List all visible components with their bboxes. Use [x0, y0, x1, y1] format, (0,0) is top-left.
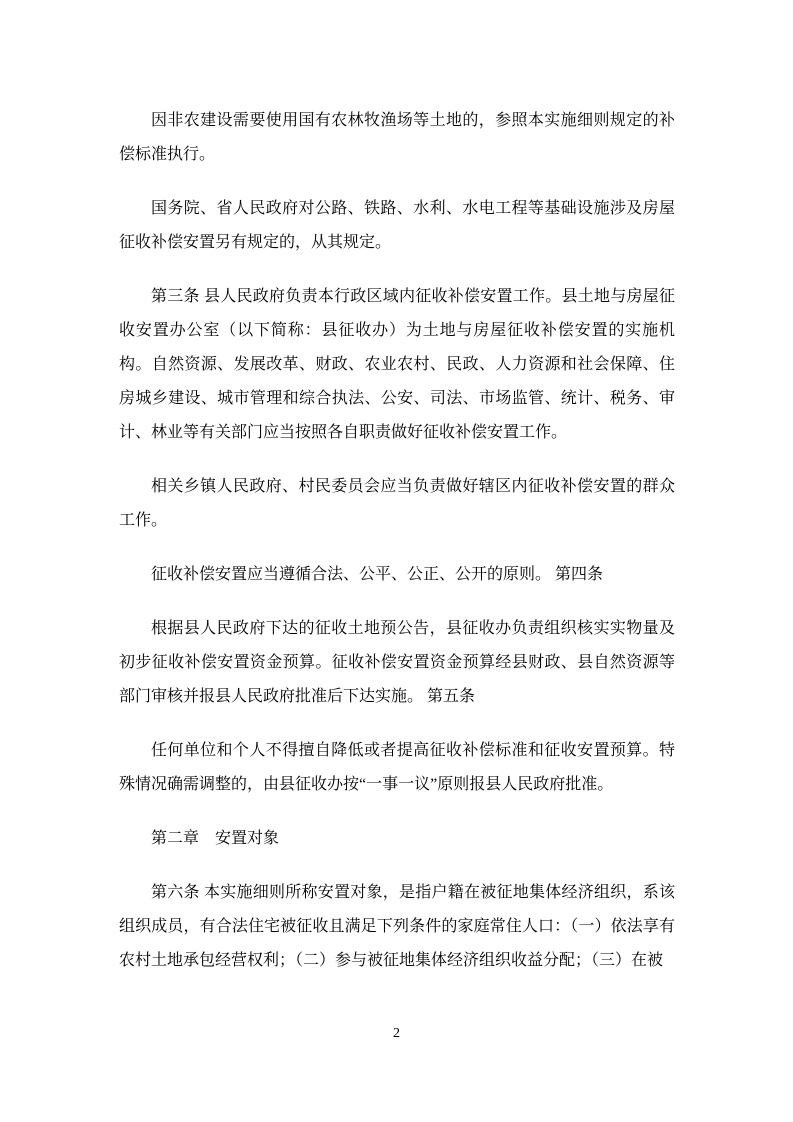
paragraph-township-governments: 相关乡镇人民政府、村民委员会应当负责做好辖区内征收补偿安置的群众工作。 — [119, 470, 675, 538]
chapter-heading: 第二章 安置对象 — [119, 822, 675, 856]
paragraph-article-3: 第三条 县人民政府负责本行政区域内征收补偿安置工作。县土地与房屋征收安置办公室（… — [119, 280, 675, 450]
paragraph-state-council-provisions: 国务院、省人民政府对公路、铁路、水利、水电工程等基础设施涉及房屋征收补偿安置另有… — [119, 192, 675, 260]
page-number: 2 — [0, 1024, 793, 1044]
document-page: 因非农建设需要使用国有农林牧渔场等土地的，参照本实施细则规定的补偿标准执行。 国… — [0, 0, 793, 1122]
paragraph-article-6: 第六条 本实施细则所称安置对象，是指户籍在被征地集体经济组织，系该组织成员，有合… — [119, 876, 675, 978]
paragraph-no-unauthorized-adjustment: 任何单位和个人不得擅自降低或者提高征收补偿标准和征收安置预算。特殊情况确需调整的… — [119, 734, 675, 802]
document-body: 因非农建设需要使用国有农林牧渔场等土地的，参照本实施细则规定的补偿标准执行。 国… — [119, 104, 675, 998]
paragraph-nonfarm-construction: 因非农建设需要使用国有农林牧渔场等土地的，参照本实施细则规定的补偿标准执行。 — [119, 104, 675, 172]
paragraph-budget-article-5: 根据县人民政府下达的征收土地预公告，县征收办负责组织核实实物量及初步征收补偿安置… — [119, 612, 675, 714]
paragraph-principles-article-4: 征收补偿安置应当遵循合法、公平、公正、公开的原则。 第四条 — [119, 558, 675, 592]
